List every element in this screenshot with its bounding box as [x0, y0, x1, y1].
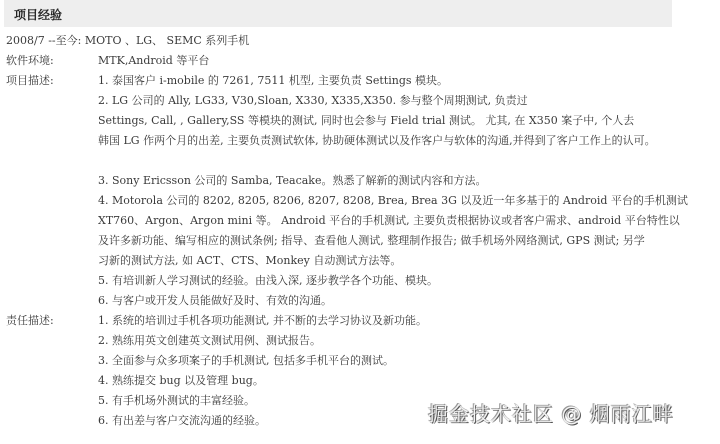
- project-desc-line: 5. 有培训新人学习测试的经验。由浅入深, 逐步教学各个功能、模块。: [98, 274, 438, 288]
- responsibility-line: 5. 有手机场外测试的丰富经验。: [98, 394, 255, 408]
- project-desc-line: 习新的测试方法, 如 ACT、CTS、Monkey 自动测试方法等。: [98, 254, 401, 268]
- project-desc-line: 4. Motorola 公司的 8202, 8205, 8206, 8207, …: [98, 194, 688, 208]
- section-header: [4, 0, 672, 27]
- project-desc-line: 及许多新功能、编写相应的测试条例; 指导、查看他人测试, 整理制作报告; 做手机…: [98, 234, 645, 248]
- watermark: 掘金技术社区 @ 烟雨江畔: [428, 398, 674, 427]
- project-desc-line: Settings, Call, , Gallery,SS 等模块的测试, 同时也…: [98, 114, 634, 128]
- section-title: 项目经验: [14, 6, 62, 23]
- project-desc-line: 韩国 LG 作两个月的出差, 主要负责测试软体, 协助硬体测试以及作客户与软体的…: [98, 134, 656, 148]
- responsibility-line: 3. 全面参与众多项案子的手机测试, 包括多手机平台的测试。: [98, 354, 394, 368]
- project-desc-line: 2. LG 公司的 Ally, LG33, V30,Sloan, X330, X…: [98, 94, 528, 108]
- responsibility-line: 1. 系统的培训过手机各项功能测试, 并不断的去学习协议及新功能。: [98, 314, 427, 328]
- period-line: 2008/7 --至今: MOTO 、LG、 SEMC 系列手机: [6, 34, 249, 48]
- software-env-label: 软件环境:: [6, 54, 54, 68]
- project-desc-line: 3. Sony Ericsson 公司的 Samba, Teacake。熟悉了解…: [98, 174, 486, 188]
- software-env-value: MTK,Android 等平台: [98, 54, 209, 68]
- project-desc-line: 1. 泰国客户 i-mobile 的 7261, 7511 机型, 主要负责 S…: [98, 74, 448, 88]
- responsibility-line: 6. 有出差与客户交流沟通的经验。: [98, 414, 266, 428]
- responsibility-label: 责任描述:: [6, 314, 54, 328]
- responsibility-line: 4. 熟练提交 bug 以及管理 bug。: [98, 374, 264, 388]
- project-desc-line: 6. 与客户或开发人员能做好及时、有效的沟通。: [98, 294, 332, 308]
- project-desc-label: 项目描述:: [6, 74, 54, 88]
- responsibility-line: 2. 熟练用英文创建英文测试用例、测试报告。: [98, 334, 321, 348]
- project-desc-line: XT760、Argon、Argon mini 等。 Android 平台的手机测…: [98, 214, 680, 228]
